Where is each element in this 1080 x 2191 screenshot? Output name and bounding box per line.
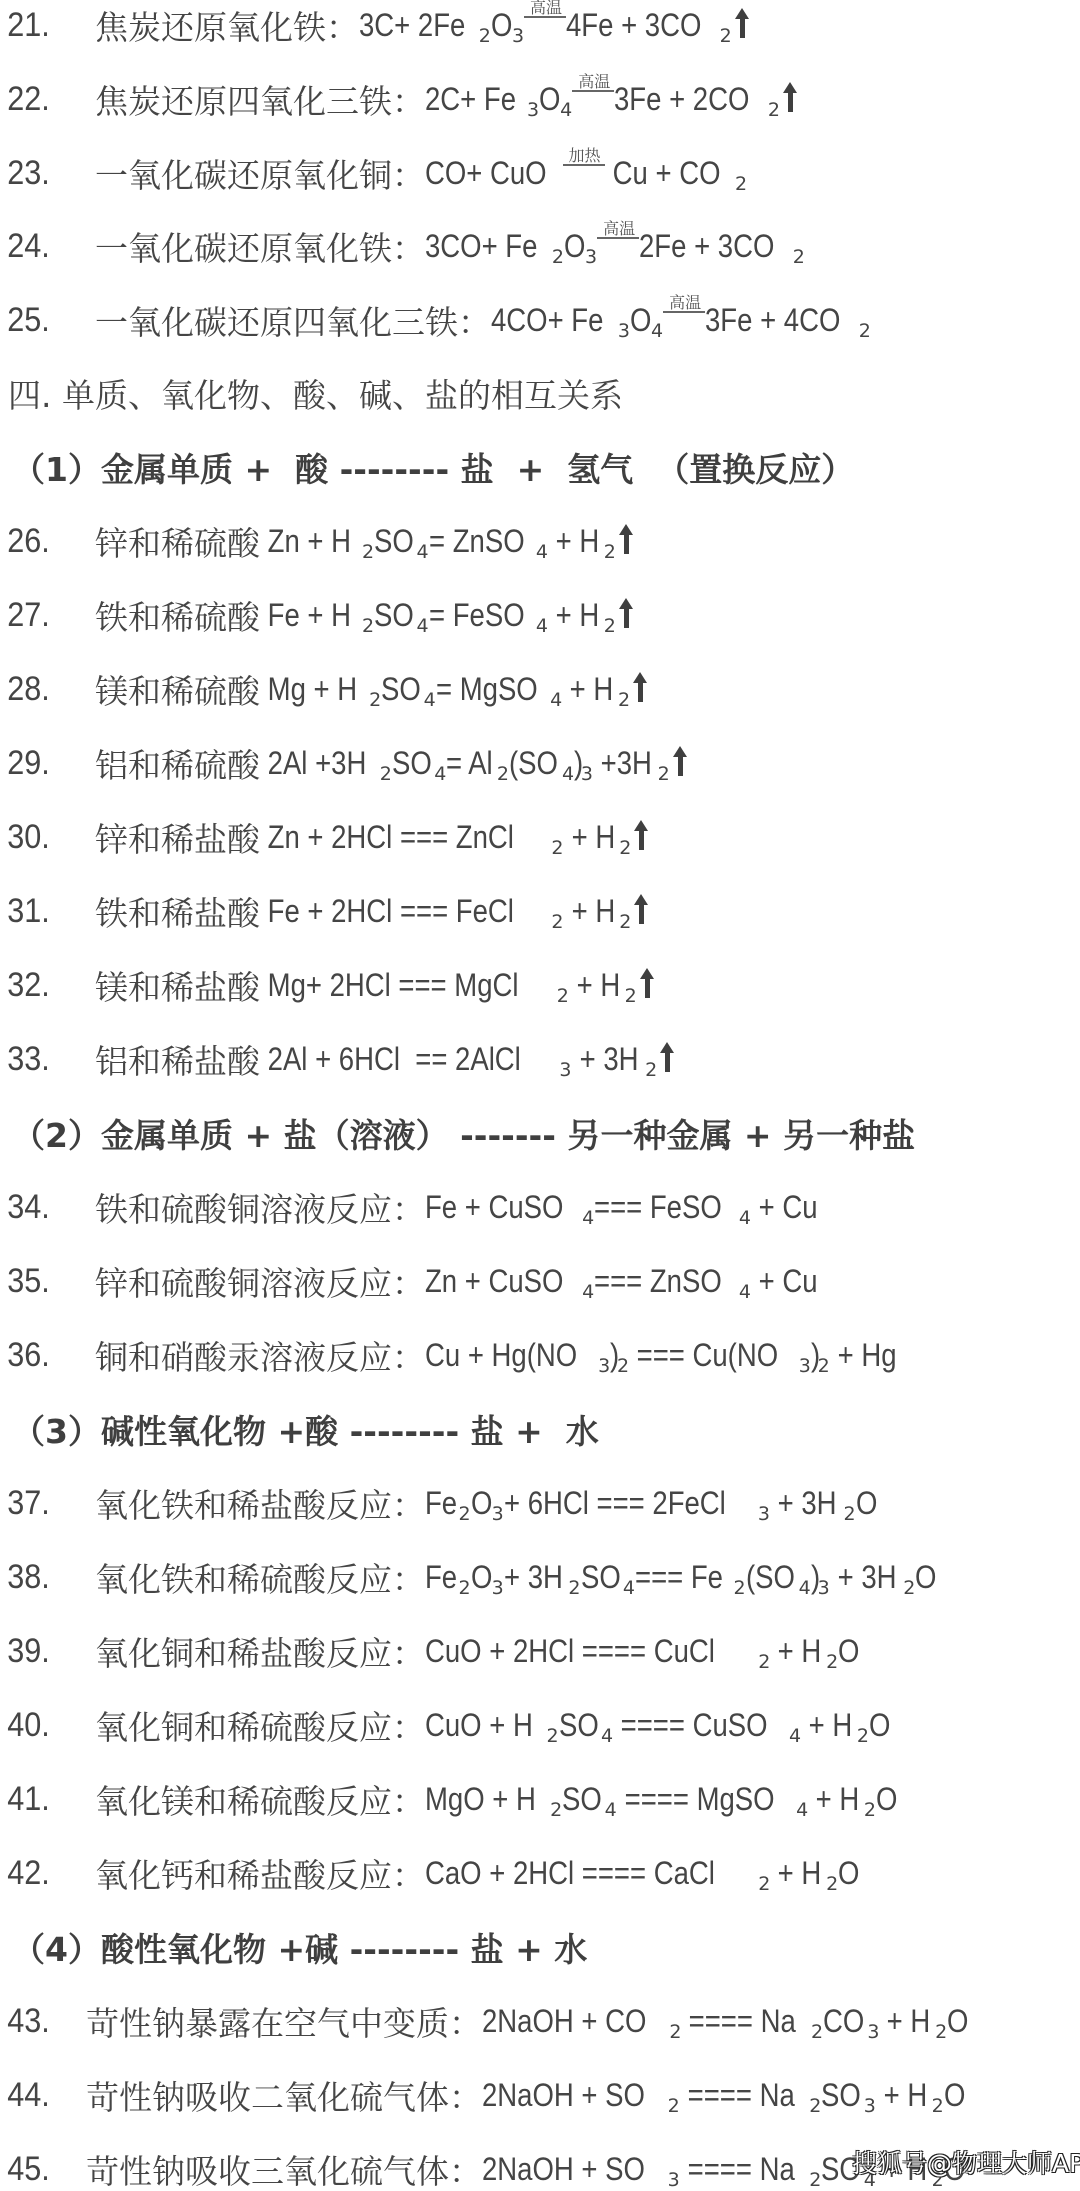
formula-text: SO — [581, 1559, 621, 1596]
equation-body: 镁和稀盐酸 Mg+ 2HCl === MgCl2 + H2 — [95, 962, 655, 1009]
subscript: 2 — [857, 1725, 869, 1747]
subscript: 2 — [758, 1873, 770, 1895]
gas-up-arrow-icon — [641, 968, 655, 998]
subscript: 2 — [811, 2021, 823, 2043]
equation-body: 铝和稀硫酸 2Al +3H2SO4= Al2(SO4)3 +3H2 — [95, 740, 688, 787]
subscript: 4 — [582, 1207, 594, 1229]
subscript: 3 — [867, 2021, 879, 2043]
subscript: 4 — [796, 1799, 808, 1821]
equation-number: 27. — [0, 596, 86, 635]
subscript: 3 — [818, 1577, 830, 1599]
subscript: 2 — [459, 1503, 471, 1525]
formula-text: CuO + 2HCl ==== CuCl — [425, 1633, 715, 1670]
equation-row: 37.氧化铁和稀盐酸反应：Fe2O3+ 6HCl === 2FeCl3 + 3H… — [0, 1473, 1080, 1533]
gas-up-arrow-icon — [620, 524, 634, 554]
equation-row: 26.锌和稀硫酸 Zn + H2SO4= ZnSO4 + H2 — [0, 511, 1080, 571]
formula-text: + H — [564, 819, 615, 856]
formula-text: ==== MgSO — [617, 1781, 775, 1818]
formula-text: 3C+ 2Fe — [359, 7, 465, 44]
equation-row: 44.苛性钠吸收二氧化硫气体：2NaOH + SO2 ==== Na2SO3 +… — [0, 2065, 1080, 2125]
reaction-condition: 高温 — [524, 0, 566, 18]
formula-text: 4CO+ Fe — [491, 302, 603, 339]
formula-text: === Cu(NO — [629, 1337, 778, 1374]
equation-row: 32.镁和稀盐酸 Mg+ 2HCl === MgCl2 + H2 — [0, 955, 1080, 1015]
formula-text: O — [856, 1485, 877, 1522]
formula-text: CO — [823, 2003, 864, 2040]
equation-number: 25. — [0, 301, 86, 340]
subscript: 2 — [497, 763, 509, 785]
subscript: 2 — [479, 25, 491, 47]
equation-body: 四. 单质、氧化物、酸、碱、盐的相互关系 — [8, 370, 623, 417]
formula-text: O — [869, 1707, 890, 1744]
subscript: 2 — [369, 689, 381, 711]
equation-number: 21. — [0, 6, 86, 45]
label-text: 氧化铜和稀盐酸反应： — [95, 1628, 425, 1675]
subscript: 2 — [768, 99, 780, 121]
equation-row: 39.氧化铜和稀盐酸反应：CuO + 2HCl ==== CuCl2 + H2O — [0, 1621, 1080, 1681]
equation-row: 43.苛性钠暴露在空气中变质：2NaOH + CO2 ==== Na2CO3 +… — [0, 1991, 1080, 2051]
formula-text: + 3H — [572, 1041, 639, 1078]
equation-row: 41.氧化镁和稀硫酸反应：MgO + H2SO4 ==== MgSO4 + H2… — [0, 1769, 1080, 1829]
subscript: 4 — [416, 615, 428, 637]
subscript: 3 — [527, 99, 539, 121]
equation-body: 焦炭还原氧化铁：3C+ 2Fe2O3高温4Fe + 3CO2 — [95, 2, 750, 49]
gas-up-arrow-icon — [620, 598, 634, 628]
formula-text: CuO + H — [425, 1707, 533, 1744]
subscript: 2 — [645, 1059, 657, 1081]
subscript: 4 — [601, 1725, 613, 1747]
equation-body: 镁和稀硫酸 Mg + H2SO4= MgSO4 + H2 — [95, 666, 648, 713]
equation-body: 锌和稀硫酸 Zn + H2SO4= ZnSO4 + H2 — [95, 518, 634, 565]
equation-row: 28.镁和稀硫酸 Mg + H2SO4= MgSO4 + H2 — [0, 659, 1080, 719]
label-text: 苛性钠吸收二氧化硫气体： — [86, 2072, 482, 2119]
formula-text: 2NaOH + CO — [482, 2003, 646, 2040]
formula-text: SO — [392, 745, 432, 782]
equation-body: 氧化镁和稀硫酸反应：MgO + H2SO4 ==== MgSO4 + H2O — [95, 1776, 897, 1823]
formula-text: SO — [381, 671, 421, 708]
formula-text: 2NaOH + SO — [482, 2151, 645, 2188]
equation-body: 一氧化碳还原四氧化三铁：4CO+ Fe3O4高温3Fe + 4CO2 — [95, 297, 871, 344]
formula-text: 3Fe + 2CO — [614, 81, 749, 118]
label-text: 氧化铁和稀盐酸反应： — [95, 1480, 425, 1527]
label-text: 镁和稀硫酸 — [95, 666, 260, 713]
label-text: 苛性钠吸收三氧化硫气体： — [86, 2146, 482, 2191]
equation-body: 氧化铁和稀硫酸反应：Fe2O3+ 3H2SO4=== Fe2(SO4)3 + 3… — [95, 1554, 936, 1601]
formula-text: + H — [548, 597, 599, 634]
formula-text: + Cu — [751, 1263, 818, 1300]
subscript: 2 — [864, 1799, 876, 1821]
equation-row: 29.铝和稀硫酸 2Al +3H2SO4= Al2(SO4)3 +3H2 — [0, 733, 1080, 793]
subscript: 2 — [619, 911, 631, 933]
formula-text: + H — [562, 671, 613, 708]
subsection-heading: （3）碱性氧化物 +酸 -------- 盐 + 水 — [0, 1399, 1080, 1459]
formula-text: O — [471, 1559, 492, 1596]
formula-text: Fe + CuSO — [425, 1189, 563, 1226]
equation-number: 33. — [0, 1040, 86, 1079]
subscript: 2 — [826, 1873, 838, 1895]
formula-text: + 3H — [770, 1485, 837, 1522]
formula-text: O — [915, 1559, 936, 1596]
equation-number: 36. — [0, 1336, 86, 1375]
subscript: 2 — [604, 615, 616, 637]
subscript: 2 — [362, 541, 374, 563]
label-text: 一氧化碳还原四氧化三铁： — [95, 297, 491, 344]
label-text: 焦炭还原四氧化三铁： — [95, 76, 425, 123]
formula-text: + H — [569, 967, 620, 1004]
subscript: 2 — [859, 320, 871, 342]
subscript: 4 — [651, 320, 663, 342]
equation-body: 铁和稀盐酸 Fe + 2HCl === FeCl2 + H2 — [95, 888, 649, 935]
formula-text: SO — [821, 2077, 861, 2114]
subscript: 2 — [826, 1651, 838, 1673]
equation-row: 24.一氧化碳还原氧化铁：3CO+ Fe2O3高温2Fe + 3CO2 — [0, 216, 1080, 276]
equation-row: 31.铁和稀盐酸 Fe + 2HCl === FeCl2 + H2 — [0, 881, 1080, 941]
formula-text: ==== CuSO — [613, 1707, 768, 1744]
equation-body: 锌和硫酸铜溶液反应：Zn + CuSO4=== ZnSO4 + Cu — [95, 1258, 825, 1305]
section-heading: 四. 单质、氧化物、酸、碱、盐的相互关系 — [0, 363, 1080, 423]
label-text: （2）金属单质 + 盐（溶液） ------- 另一种金属 + 另一种盐 — [12, 1110, 915, 1157]
subscript: 4 — [536, 541, 548, 563]
formula-text: O — [838, 1855, 859, 1892]
equation-row: 21.焦炭还原氧化铁：3C+ 2Fe2O3高温4Fe + 3CO2 — [0, 0, 1080, 55]
label-text: 锌和稀盐酸 — [95, 814, 260, 861]
formula-text: + H — [801, 1707, 852, 1744]
reaction-condition: 高温 — [663, 295, 705, 313]
formula-text: O — [564, 228, 585, 265]
equation-number: 43. — [0, 2002, 77, 2041]
subscript: 2 — [552, 246, 564, 268]
equation-body: 氧化钙和稀盐酸反应：CaO + 2HCl ==== CaCl2 + H2O — [95, 1850, 859, 1897]
subscript: 2 — [459, 1577, 471, 1599]
formula-text: + H — [564, 893, 615, 930]
gas-up-arrow-icon — [736, 8, 750, 38]
equation-number: 42. — [0, 1854, 86, 1893]
equation-row: 25.一氧化碳还原四氧化三铁：4CO+ Fe3O4高温3Fe + 4CO2 — [0, 290, 1080, 350]
equation-body: （1）金属单质 + 酸 -------- 盐 + 氢气 （置换反应） — [12, 444, 854, 491]
subscript: 3 — [618, 320, 630, 342]
label-text: 一氧化碳还原氧化铜： — [95, 150, 425, 197]
subscript: 2 — [617, 1355, 629, 1377]
subscript: 2 — [669, 2021, 681, 2043]
formula-text: 2Al + 6HCl == 2AlCl — [260, 1041, 521, 1078]
formula-text: 3CO+ Fe — [425, 228, 537, 265]
subscript: 2 — [720, 25, 732, 47]
formula-text: + Cu — [751, 1189, 818, 1226]
equation-number: 29. — [0, 744, 86, 783]
subscript: 4 — [739, 1281, 751, 1303]
subscript: 2 — [658, 763, 670, 785]
formula-text: 4Fe + 3CO — [566, 7, 701, 44]
formula-text: + H — [879, 2003, 930, 2040]
formula-text: Fe + H — [260, 597, 351, 634]
subscript: 3 — [492, 1577, 504, 1599]
subscript: 4 — [739, 1207, 751, 1229]
subscript: 2 — [809, 2169, 821, 2191]
equation-number: 35. — [0, 1262, 86, 1301]
label-text: 镁和稀盐酸 — [95, 962, 260, 1009]
formula-text: + H — [548, 523, 599, 560]
equation-body: 锌和稀盐酸 Zn + 2HCl === ZnCl2 + H2 — [95, 814, 649, 861]
subscript: 2 — [843, 1503, 855, 1525]
label-text: 铜和硝酸汞溶液反应： — [95, 1332, 425, 1379]
subsection-heading: （4）酸性氧化物 +碱 -------- 盐 + 水 — [0, 1917, 1080, 1977]
formula-text: ==== Na — [680, 2151, 795, 2188]
subscript: 4 — [582, 1281, 594, 1303]
gas-up-arrow-icon — [661, 1042, 675, 1072]
equation-body: 苛性钠暴露在空气中变质：2NaOH + CO2 ==== Na2CO3 + H2… — [86, 1998, 968, 2045]
reaction-condition: 高温 — [572, 74, 614, 92]
gas-up-arrow-icon — [635, 820, 649, 850]
subscript: 3 — [512, 25, 524, 47]
equation-body: 一氧化碳还原氧化铁：3CO+ Fe2O3高温2Fe + 3CO2 — [95, 223, 805, 270]
formula-text: SO — [559, 1707, 599, 1744]
formula-text: CaO + 2HCl ==== CaCl — [425, 1855, 715, 1892]
subscript: 4 — [562, 763, 574, 785]
subscript: 3 — [581, 763, 593, 785]
formula-text: 2Al +3H — [260, 745, 366, 782]
subsection-heading: （2）金属单质 + 盐（溶液） ------- 另一种金属 + 另一种盐 — [0, 1103, 1080, 1163]
subscript: 4 — [623, 1577, 635, 1599]
equation-number: 24. — [0, 227, 86, 266]
label-text: 铝和稀硫酸 — [95, 740, 260, 787]
formula-text: Mg + H — [260, 671, 357, 708]
formula-text: SO — [562, 1781, 602, 1818]
formula-text: + H — [876, 2077, 927, 2114]
subscript: 2 — [557, 985, 569, 1007]
label-text: 一氧化碳还原氧化铁： — [95, 223, 425, 270]
formula-text: = Al — [446, 745, 493, 782]
formula-text: = ZnSO — [429, 523, 525, 560]
formula-text: = FeSO — [429, 597, 525, 634]
formula-text: Fe — [425, 1559, 457, 1596]
subscript: 2 — [625, 985, 637, 1007]
formula-text: Mg+ 2HCl === MgCl — [260, 967, 518, 1004]
formula-text: Zn + CuSO — [425, 1263, 563, 1300]
equation-body: 苛性钠吸收三氧化硫气体：2NaOH + SO3 ==== Na2SO4 + H2… — [86, 2146, 965, 2191]
gas-up-arrow-icon — [635, 894, 649, 924]
formula-text: Fe — [425, 1485, 457, 1522]
equation-number: 23. — [0, 154, 86, 193]
label-text: （3）碱性氧化物 +酸 -------- 盐 + 水 — [12, 1406, 599, 1453]
watermark: 搜狐号@物理大师APP — [852, 2144, 1080, 2180]
subscript: 2 — [932, 2095, 944, 2117]
equation-number: 22. — [0, 80, 86, 119]
formula-text: O — [947, 2003, 968, 2040]
label-text: 氧化铜和稀硫酸反应： — [95, 1702, 425, 1749]
reaction-condition: 加热 — [563, 148, 605, 166]
subscript: 3 — [864, 2095, 876, 2117]
formula-text: O — [630, 302, 651, 339]
subscript: 4 — [424, 689, 436, 711]
gas-up-arrow-icon — [634, 672, 648, 702]
subscript: 4 — [536, 615, 548, 637]
formula-text: + H — [770, 1855, 821, 1892]
subscript: 2 — [793, 246, 805, 268]
equation-row: 23.一氧化碳还原氧化铜：CO+ CuO加热 Cu + CO2 — [0, 143, 1080, 203]
subsection-heading: （1）金属单质 + 酸 -------- 盐 + 氢气 （置换反应） — [0, 437, 1080, 497]
label-text: 氧化镁和稀硫酸反应： — [95, 1776, 425, 1823]
subscript: 4 — [550, 689, 562, 711]
label-text: 锌和硫酸铜溶液反应： — [95, 1258, 425, 1305]
label-text: （1）金属单质 + 酸 -------- 盐 + 氢气 （置换反应） — [12, 444, 854, 491]
subscript: 2 — [809, 2095, 821, 2117]
label-text: 氧化铁和稀硫酸反应： — [95, 1554, 425, 1601]
subscript: 2 — [568, 1577, 580, 1599]
gas-up-arrow-icon — [784, 82, 798, 112]
subscript: 3 — [668, 2169, 680, 2191]
formula-text: + 6HCl === 2FeCl — [504, 1485, 726, 1522]
subscript: 2 — [551, 837, 563, 859]
equation-number: 32. — [0, 966, 86, 1005]
subscript: 2 — [547, 1725, 559, 1747]
label-text: 焦炭还原氧化铁： — [95, 2, 359, 49]
equation-body: 氧化铜和稀盐酸反应：CuO + 2HCl ==== CuCl2 + H2O — [95, 1628, 859, 1675]
subscript: 2 — [362, 615, 374, 637]
formula-text: O — [471, 1485, 492, 1522]
label-text: 铝和稀盐酸 — [95, 1036, 260, 1083]
formula-text: O — [539, 81, 560, 118]
subscript: 2 — [668, 2095, 680, 2117]
equation-body: 苛性钠吸收二氧化硫气体：2NaOH + SO2 ==== Na2SO3 + H2… — [86, 2072, 965, 2119]
formula-text: O — [838, 1633, 859, 1670]
equation-body: 焦炭还原四氧化三铁：2C+ Fe3O4高温3Fe + 2CO2 — [95, 76, 798, 123]
label-text: 苛性钠暴露在空气中变质： — [86, 1998, 482, 2045]
equation-row: 36.铜和硝酸汞溶液反应：Cu + Hg(NO3)2 === Cu(NO3)2 … — [0, 1325, 1080, 1385]
equation-number: 44. — [0, 2076, 77, 2115]
subscript: 2 — [619, 837, 631, 859]
equation-row: 33.铝和稀盐酸 2Al + 6HCl == 2AlCl3 + 3H2 — [0, 1029, 1080, 1089]
label-text: 锌和稀硫酸 — [95, 518, 260, 565]
equation-body: 铁和硫酸铜溶液反应：Fe + CuSO4=== FeSO4 + Cu — [95, 1184, 825, 1231]
subscript: 4 — [799, 1577, 811, 1599]
label-text: 铁和硫酸铜溶液反应： — [95, 1184, 425, 1231]
equation-row: 34.铁和硫酸铜溶液反应：Fe + CuSO4=== FeSO4 + Cu — [0, 1177, 1080, 1237]
gas-up-arrow-icon — [674, 746, 688, 776]
formula-text: = MgSO — [436, 671, 538, 708]
formula-text: Cu + CO — [605, 155, 720, 192]
subscript: 2 — [935, 2021, 947, 2043]
label-text: 氧化钙和稀盐酸反应： — [95, 1850, 425, 1897]
formula-text: 3Fe + 4CO — [705, 302, 840, 339]
subscript: 3 — [492, 1503, 504, 1525]
equation-row: 30.锌和稀盐酸 Zn + 2HCl === ZnCl2 + H2 — [0, 807, 1080, 867]
subscript: 2 — [551, 911, 563, 933]
subscript: 3 — [799, 1355, 811, 1377]
formula-text: Fe + 2HCl === FeCl — [260, 893, 514, 930]
formula-text: 2Fe + 3CO — [639, 228, 774, 265]
subscript: 2 — [550, 1799, 562, 1821]
formula-text: Zn + H — [260, 523, 351, 560]
equation-number: 28. — [0, 670, 86, 709]
label-text: 铁和稀盐酸 — [95, 888, 260, 935]
subscript: 4 — [416, 541, 428, 563]
formula-text: O — [944, 2077, 965, 2114]
formula-text: SO — [374, 597, 414, 634]
equation-row: 38.氧化铁和稀硫酸反应：Fe2O3+ 3H2SO4=== Fe2(SO4)3 … — [0, 1547, 1080, 1607]
formula-text: ==== Na — [681, 2003, 796, 2040]
equation-body: （4）酸性氧化物 +碱 -------- 盐 + 水 — [12, 1924, 587, 1971]
label-text: （4）酸性氧化物 +碱 -------- 盐 + 水 — [12, 1924, 587, 1971]
equation-number: 31. — [0, 892, 86, 931]
formula-text: Zn + 2HCl === ZnCl — [260, 819, 514, 856]
subscript: 2 — [903, 1577, 915, 1599]
equation-body: 铜和硝酸汞溶液反应：Cu + Hg(NO3)2 === Cu(NO3)2 + H… — [95, 1332, 903, 1379]
formula-text: + Hg — [830, 1337, 897, 1374]
equation-number: 37. — [0, 1484, 86, 1523]
equation-body: 一氧化碳还原氧化铜：CO+ CuO加热 Cu + CO2 — [95, 150, 747, 197]
equation-body: （2）金属单质 + 盐（溶液） ------- 另一种金属 + 另一种盐 — [12, 1110, 915, 1157]
equation-number: 41. — [0, 1780, 86, 1819]
subscript: 2 — [618, 689, 630, 711]
formula-text: 2C+ Fe — [425, 81, 516, 118]
formula-text: === FeSO — [594, 1189, 722, 1226]
subscript: 2 — [380, 763, 392, 785]
equation-number: 45. — [0, 2150, 77, 2189]
equation-body: 铝和稀盐酸 2Al + 6HCl == 2AlCl3 + 3H2 — [95, 1036, 675, 1083]
subscript: 2 — [735, 173, 747, 195]
subscript: 2 — [733, 1577, 745, 1599]
equation-body: 氧化铁和稀盐酸反应：Fe2O3+ 6HCl === 2FeCl3 + 3H2O — [95, 1480, 877, 1527]
equation-row: 27.铁和稀硫酸 Fe + H2SO4= FeSO4 + H2 — [0, 585, 1080, 645]
subscript: 3 — [559, 1059, 571, 1081]
subscript: 3 — [598, 1355, 610, 1377]
formula-text: SO — [374, 523, 414, 560]
subscript: 2 — [604, 541, 616, 563]
equation-row: 22.焦炭还原四氧化三铁：2C+ Fe3O4高温3Fe + 2CO2 — [0, 69, 1080, 129]
subscript: 2 — [758, 1651, 770, 1673]
formula-text: + H — [808, 1781, 859, 1818]
formula-text: 2NaOH + SO — [482, 2077, 645, 2114]
subscript: 4 — [560, 99, 572, 121]
subscript: 3 — [758, 1503, 770, 1525]
formula-text: === ZnSO — [594, 1263, 722, 1300]
label-text: 铁和稀硫酸 — [95, 592, 260, 639]
formula-text: + H — [770, 1633, 821, 1670]
formula-text: +3H — [593, 745, 652, 782]
equation-row: 42.氧化钙和稀盐酸反应：CaO + 2HCl ==== CaCl2 + H2O — [0, 1843, 1080, 1903]
formula-text: CO+ CuO — [425, 155, 547, 192]
equation-number: 34. — [0, 1188, 86, 1227]
subscript: 4 — [434, 763, 446, 785]
equation-row: 40.氧化铜和稀硫酸反应：CuO + H2SO4 ==== CuSO4 + H2… — [0, 1695, 1080, 1755]
equation-body: （3）碱性氧化物 +酸 -------- 盐 + 水 — [12, 1406, 599, 1453]
equation-number: 30. — [0, 818, 86, 857]
formula-text: ==== Na — [680, 2077, 795, 2114]
reaction-condition: 高温 — [597, 221, 639, 239]
formula-text: (SO — [509, 745, 558, 782]
formula-text: + 3H — [830, 1559, 897, 1596]
equation-row: 35.锌和硫酸铜溶液反应：Zn + CuSO4=== ZnSO4 + Cu — [0, 1251, 1080, 1311]
formula-text: O — [491, 7, 512, 44]
subscript: 2 — [818, 1355, 830, 1377]
equation-number: 40. — [0, 1706, 86, 1745]
formula-text: + 3H — [504, 1559, 563, 1596]
equation-body: 铁和稀硫酸 Fe + H2SO4= FeSO4 + H2 — [95, 592, 634, 639]
formula-text: (SO — [746, 1559, 795, 1596]
label-text: 四. 单质、氧化物、酸、碱、盐的相互关系 — [8, 370, 623, 417]
subscript: 3 — [585, 246, 597, 268]
equation-number: 38. — [0, 1558, 86, 1597]
equation-number: 26. — [0, 522, 86, 561]
equation-number: 39. — [0, 1632, 86, 1671]
formula-text: MgO + H — [425, 1781, 536, 1818]
subscript: 4 — [605, 1799, 617, 1821]
subscript: 4 — [789, 1725, 801, 1747]
formula-text: O — [876, 1781, 897, 1818]
formula-text: === Fe — [635, 1559, 723, 1596]
equation-body: 氧化铜和稀硫酸反应：CuO + H2SO4 ==== CuSO4 + H2O — [95, 1702, 890, 1749]
formula-text: Cu + Hg(NO — [425, 1337, 577, 1374]
